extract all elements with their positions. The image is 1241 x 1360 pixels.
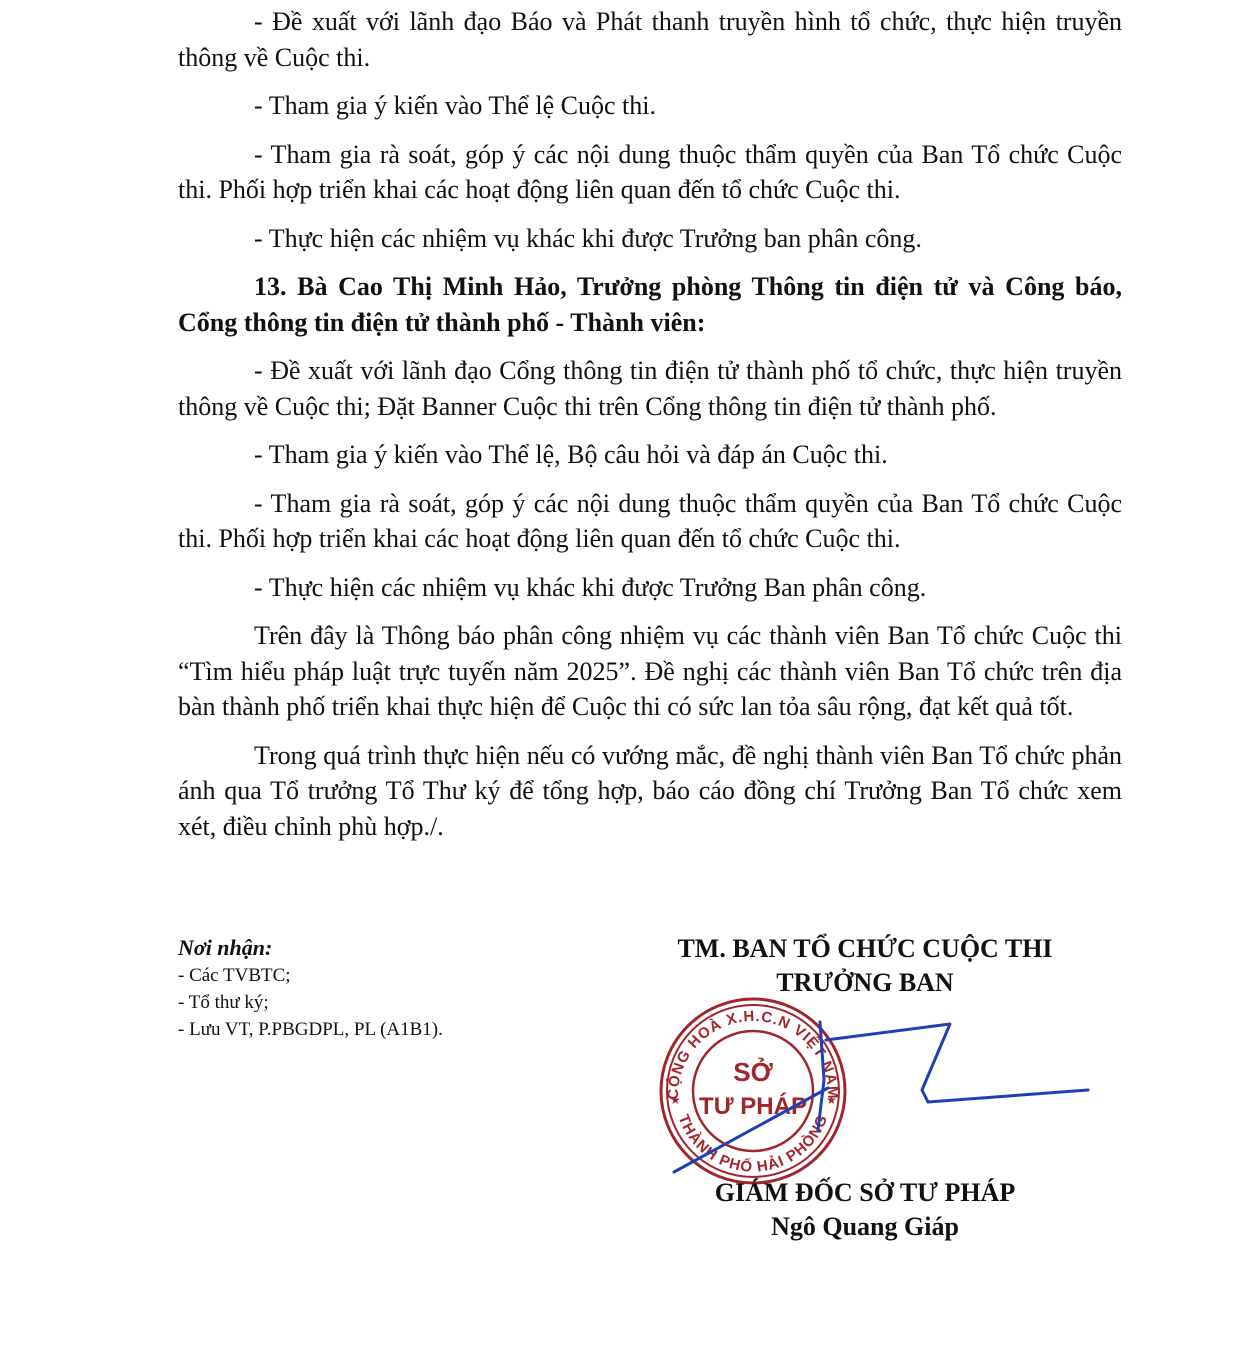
recipient-item: - Tổ thư ký; [178,989,443,1016]
closing-paragraph: Trên đây là Thông báo phân công nhiệm vụ… [178,618,1122,725]
signature-org: TM. BAN TỔ CHỨC CUỘC THI [640,932,1090,966]
paragraph: - Đề xuất với lãnh đạo Báo và Phát thanh… [178,4,1122,75]
paragraph: - Tham gia rà soát, góp ý các nội dung t… [178,486,1122,557]
paragraph: - Tham gia ý kiến vào Thể lệ, Bộ câu hỏi… [178,437,1122,473]
paragraph: - Thực hiện các nhiệm vụ khác khi được T… [178,570,1122,606]
signature-header: TM. BAN TỔ CHỨC CUỘC THI TRƯỞNG BAN [640,932,1090,1000]
member-heading: 13. Bà Cao Thị Minh Hảo, Trưởng phòng Th… [178,269,1122,340]
recipients-title: Nơi nhận: [178,934,443,962]
signatory-position: GIÁM ĐỐC SỞ TƯ PHÁP [640,1176,1090,1210]
paragraph: - Thực hiện các nhiệm vụ khác khi được T… [178,221,1122,257]
paragraph: - Tham gia rà soát, góp ý các nội dung t… [178,137,1122,208]
paragraph: - Tham gia ý kiến vào Thể lệ Cuộc thi. [178,88,1122,124]
closing-paragraph: Trong quá trình thực hiện nếu có vướng m… [178,738,1122,845]
recipient-item: - Lưu VT, P.PBGDPL, PL (A1B1). [178,1016,443,1043]
signatory-name: Ngô Quang Giáp [640,1210,1090,1244]
recipients-block: Nơi nhận: - Các TVBTC; - Tổ thư ký; - Lư… [178,934,443,1043]
signatory-block: GIÁM ĐỐC SỞ TƯ PHÁP Ngô Quang Giáp [640,1176,1090,1244]
handwritten-signature-icon [660,1010,1100,1190]
recipient-item: - Các TVBTC; [178,962,443,989]
paragraph: - Đề xuất với lãnh đạo Cổng thông tin đi… [178,353,1122,424]
document-body: - Đề xuất với lãnh đạo Báo và Phát thanh… [178,0,1122,844]
signature-role: TRƯỞNG BAN [640,966,1090,1000]
